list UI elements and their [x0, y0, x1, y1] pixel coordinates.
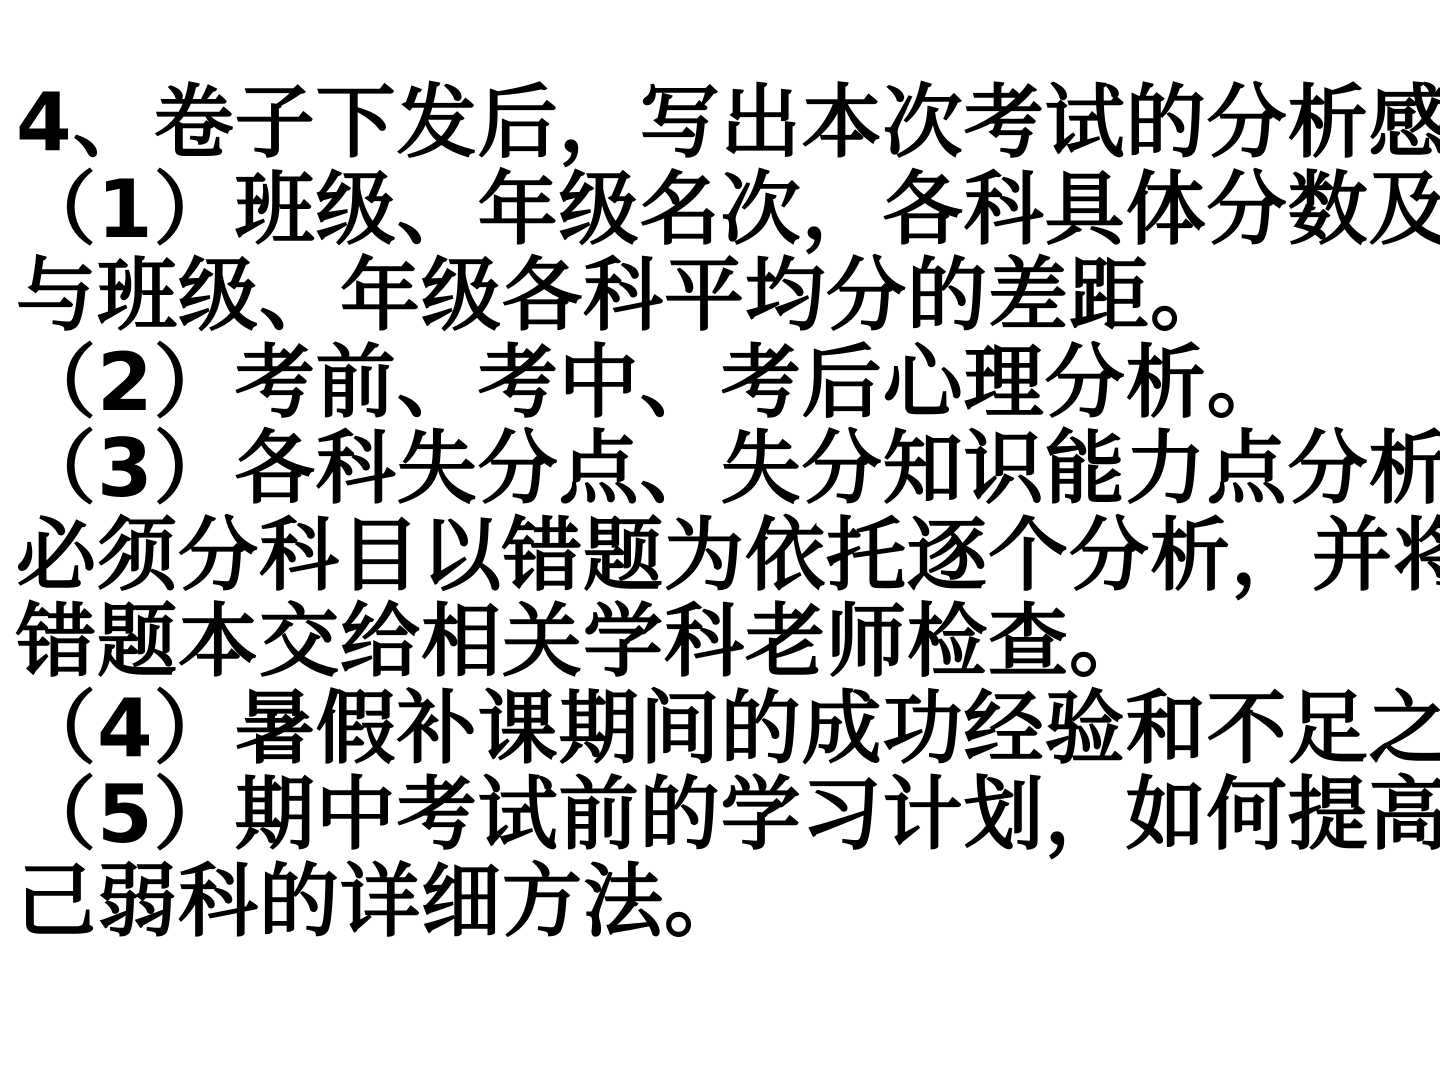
- slide: 4、卷子下发后，写出本次考试的分析感悟。 （1）班级、年级名次，各科具体分数及其…: [0, 0, 1440, 1080]
- heading-line-item-4: 4、卷子下发后，写出本次考试的分析感悟。: [16, 80, 1436, 167]
- sub-item-3-line-1: （3）各科失分点、失分知识能力点分析。: [16, 426, 1436, 513]
- sub-item-3-line-2: 必须分科目以错题为依托逐个分析，并将: [16, 513, 1436, 600]
- sub-item-1-line-2: 与班级、年级各科平均分的差距。: [16, 253, 1436, 340]
- slide-body-text: 4、卷子下发后，写出本次考试的分析感悟。 （1）班级、年级名次，各科具体分数及其…: [16, 80, 1436, 945]
- sub-item-5-line-1: （5）期中考试前的学习计划，如何提高自: [16, 772, 1436, 859]
- sub-item-3-line-3: 错题本交给相关学科老师检查。: [16, 599, 1436, 686]
- sub-item-1-line-1: （1）班级、年级名次，各科具体分数及其: [16, 167, 1436, 254]
- sub-item-5-line-2: 己弱科的详细方法。: [16, 859, 1436, 946]
- sub-item-2: （2）考前、考中、考后心理分析。: [16, 340, 1436, 427]
- sub-item-4: （4）暑假补课期间的成功经验和不足之处: [16, 686, 1436, 773]
